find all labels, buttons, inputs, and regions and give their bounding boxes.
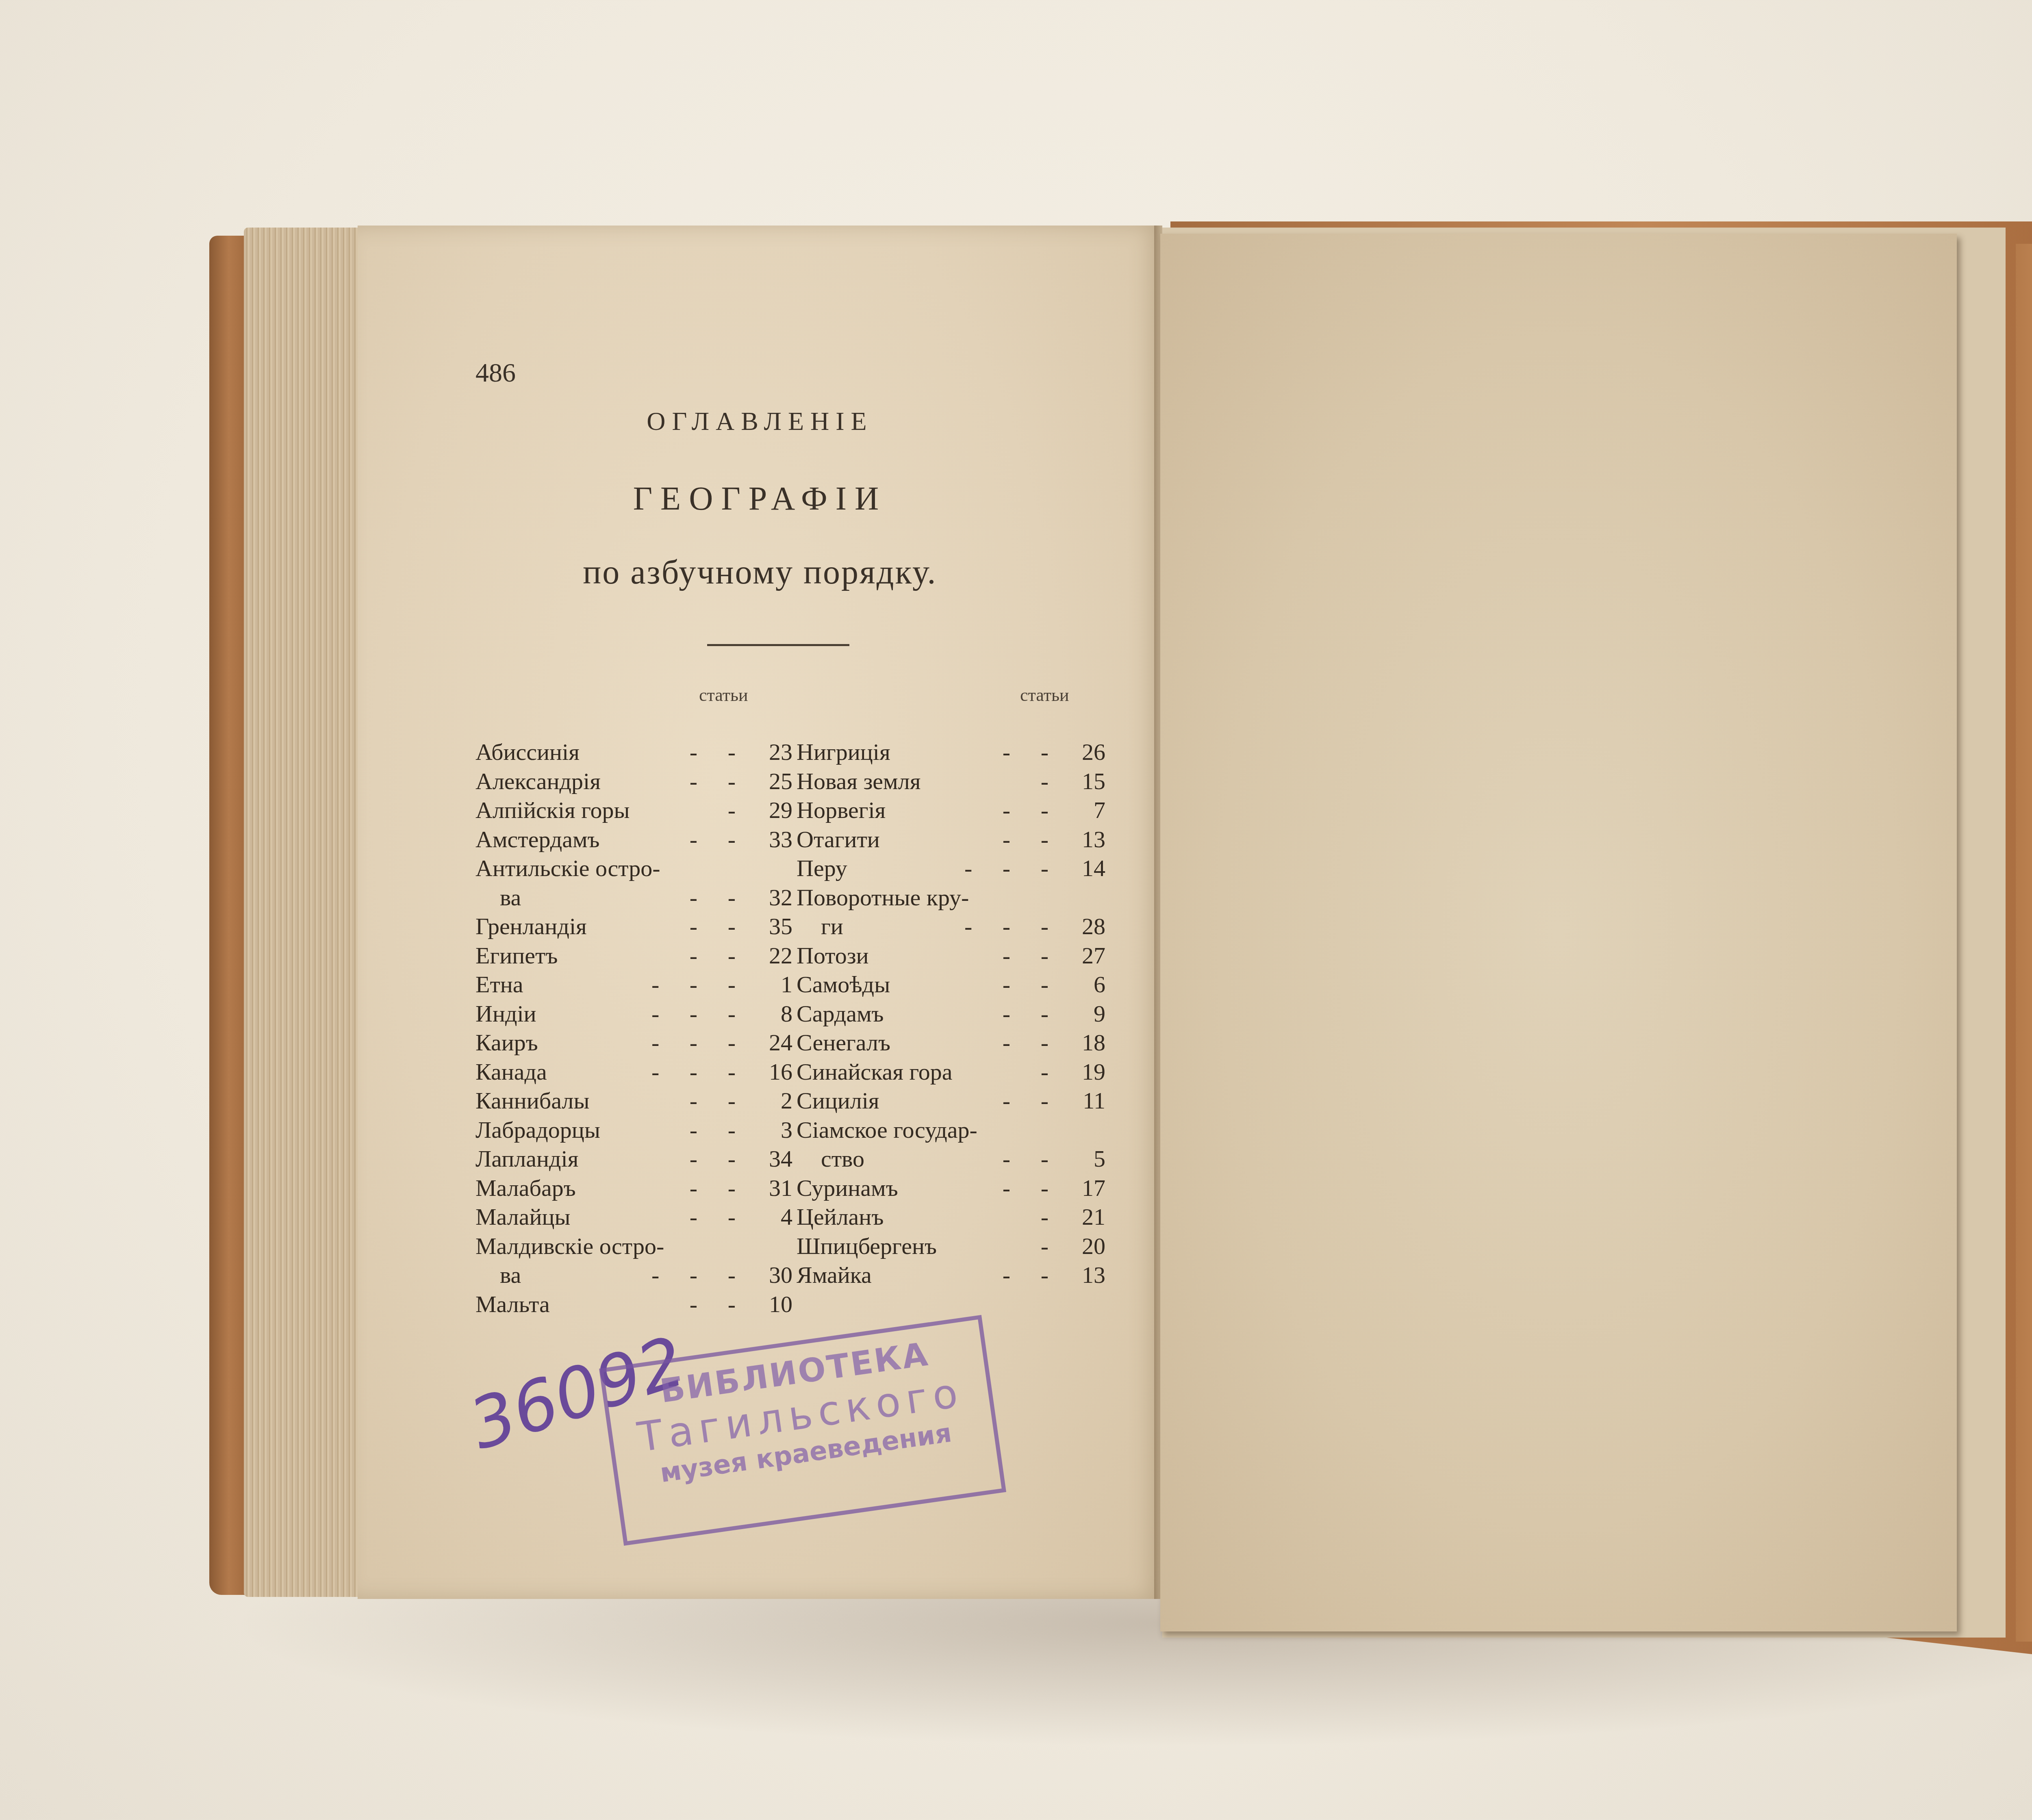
entry-leader-dashes: - - xyxy=(558,941,760,970)
entry-name: Египетъ xyxy=(475,941,558,970)
entry-article-number: 31 xyxy=(760,1174,792,1203)
entry-name: Малайцы xyxy=(475,1202,571,1232)
index-entry: Цейланъ-21 xyxy=(797,1202,1105,1232)
left-page-stack xyxy=(244,228,362,1597)
index-entry: ство- -5 xyxy=(797,1144,1105,1174)
entry-article-number: 27 xyxy=(1073,941,1105,970)
entry-name: Сардамъ xyxy=(797,999,884,1028)
right-cover-edge xyxy=(2016,244,2032,1642)
entry-leader-dashes: - - xyxy=(587,912,760,941)
entry-name: ва xyxy=(475,1260,521,1290)
index-column-right: Нигриція- -26Новая земля-15Норвегія- -7О… xyxy=(797,738,1105,1290)
entry-article-number: 30 xyxy=(760,1260,792,1290)
index-entry: Норвегія- -7 xyxy=(797,796,1105,825)
index-entry: Синайская гора-19 xyxy=(797,1057,1105,1087)
entry-article-number: 6 xyxy=(1073,970,1105,999)
entry-article-number: 34 xyxy=(760,1144,792,1174)
entry-article-number: 20 xyxy=(1073,1232,1105,1261)
entry-article-number: 26 xyxy=(1073,738,1105,767)
entry-name: Перу xyxy=(797,854,847,883)
index-entry: Перу- - -14 xyxy=(797,854,1105,883)
entry-name: Ямайка xyxy=(797,1260,872,1290)
index-entry: Самоѣды- -6 xyxy=(797,970,1105,999)
title-divider xyxy=(707,644,849,646)
entry-name: Нигриція xyxy=(797,738,890,767)
entry-name: Сіамское государ- xyxy=(797,1115,977,1145)
index-entry: Нигриція- -26 xyxy=(797,738,1105,767)
index-entry: Малабаръ- -31 xyxy=(475,1174,792,1203)
entry-name: Мальта xyxy=(475,1290,550,1319)
entry-name: Лапландія xyxy=(475,1144,578,1174)
entry-article-number: 11 xyxy=(1073,1086,1105,1115)
entry-leader-dashes: - - xyxy=(884,999,1073,1028)
entry-name: ги xyxy=(797,912,843,941)
entry-leader-dashes: - - xyxy=(898,1174,1073,1203)
entry-leader-dashes: - - - xyxy=(536,999,760,1028)
entry-name: Каиръ xyxy=(475,1028,538,1057)
index-entry: Потози- -27 xyxy=(797,941,1105,970)
index-entry: Лапландія- -34 xyxy=(475,1144,792,1174)
entry-leader-dashes: - xyxy=(884,1202,1073,1232)
entry-article-number: 16 xyxy=(760,1057,792,1087)
entry-article-number: 13 xyxy=(1073,825,1105,854)
index-entry: Лабрадорцы- -3 xyxy=(475,1115,792,1145)
entry-leader-dashes: - xyxy=(937,1232,1073,1261)
entry-leader-dashes: - - - xyxy=(843,912,1073,941)
entry-name: Канада xyxy=(475,1057,547,1087)
entry-name: Каннибалы xyxy=(475,1086,589,1115)
entry-article-number: 15 xyxy=(1073,767,1105,796)
right-page-blank xyxy=(1160,234,1957,1631)
entry-leader-dashes: - - xyxy=(571,1202,760,1232)
entry-leader-dashes: - - - xyxy=(547,1057,760,1087)
index-entry: Суринамъ- -17 xyxy=(797,1174,1105,1203)
entry-name: Самоѣды xyxy=(797,970,890,999)
index-entry: Поворотные кру- xyxy=(797,883,1105,912)
entry-name: Александрія xyxy=(475,767,601,796)
entry-article-number: 23 xyxy=(760,738,792,767)
entry-name: Поворотные кру- xyxy=(797,883,969,912)
entry-name: ва xyxy=(475,883,521,912)
entry-name: Сенегалъ xyxy=(797,1028,890,1057)
index-entry: Каиръ- - -24 xyxy=(475,1028,792,1057)
entry-article-number: 1 xyxy=(760,970,792,999)
entry-leader-dashes: - - xyxy=(600,825,760,854)
index-entry: Антильскіе остро- xyxy=(475,854,792,883)
entry-name: Сицилія xyxy=(797,1086,879,1115)
entry-leader-dashes: - - xyxy=(890,738,1073,767)
entry-article-number: 33 xyxy=(760,825,792,854)
entry-name: Абиссинія xyxy=(475,738,580,767)
entry-article-number: 24 xyxy=(760,1028,792,1057)
entry-leader-dashes: - - xyxy=(864,1144,1073,1174)
entry-article-number: 17 xyxy=(1073,1174,1105,1203)
entry-article-number: 19 xyxy=(1073,1057,1105,1087)
index-entry: Отагити- -13 xyxy=(797,825,1105,854)
entry-leader-dashes: - xyxy=(920,767,1073,796)
entry-leader-dashes: - - - xyxy=(523,970,760,999)
entry-article-number: 4 xyxy=(760,1202,792,1232)
index-entry: Гренландія- -35 xyxy=(475,912,792,941)
entry-leader-dashes: - - xyxy=(879,1086,1073,1115)
index-entry: Каннибалы- -2 xyxy=(475,1086,792,1115)
entry-name: Гренландія xyxy=(475,912,587,941)
entry-name: Норвегія xyxy=(797,796,886,825)
entry-article-number: 28 xyxy=(1073,912,1105,941)
entry-leader-dashes: - - xyxy=(601,767,760,796)
entry-leader-dashes: - - xyxy=(589,1086,760,1115)
entry-article-number: 9 xyxy=(1073,999,1105,1028)
entry-article-number: 18 xyxy=(1073,1028,1105,1057)
entry-leader-dashes: - xyxy=(953,1057,1073,1087)
index-entry: Алпійскія горы-29 xyxy=(475,796,792,825)
page-subtitle: по азбучному порядку. xyxy=(358,553,1162,592)
entry-article-number: 32 xyxy=(760,883,792,912)
entry-leader-dashes: - - - xyxy=(521,1260,760,1290)
entry-name: Потози xyxy=(797,941,869,970)
index-entry: Сардамъ- -9 xyxy=(797,999,1105,1028)
entry-leader-dashes: - - xyxy=(580,738,760,767)
entry-name: Лабрадорцы xyxy=(475,1115,600,1145)
entry-name: Малабаръ xyxy=(475,1174,576,1203)
index-entry: Малдивскіе остро- xyxy=(475,1232,792,1261)
entry-article-number: 14 xyxy=(1073,854,1105,883)
entry-leader-dashes: - - xyxy=(880,825,1073,854)
entry-name: Индіи xyxy=(475,999,536,1028)
index-entry: Етна- - -1 xyxy=(475,970,792,999)
entry-article-number: 13 xyxy=(1073,1260,1105,1290)
entry-leader-dashes: - - xyxy=(890,970,1073,999)
index-entry: Египетъ- -22 xyxy=(475,941,792,970)
index-entry: Канада- - -16 xyxy=(475,1057,792,1087)
index-entry: Сенегалъ- -18 xyxy=(797,1028,1105,1057)
entry-name: Антильскіе остро- xyxy=(475,854,660,883)
entry-name: Синайская гора xyxy=(797,1057,953,1087)
entry-name: Амстердамъ xyxy=(475,825,600,854)
entry-name: Отагити xyxy=(797,825,880,854)
index-entry: ва- -32 xyxy=(475,883,792,912)
entry-article-number: 3 xyxy=(760,1115,792,1145)
index-entry: Александрія- -25 xyxy=(475,767,792,796)
entry-name: Малдивскіе остро- xyxy=(475,1232,664,1261)
entry-name: Новая земля xyxy=(797,767,920,796)
index-entry: ги- - -28 xyxy=(797,912,1105,941)
entry-name: Етна xyxy=(475,970,523,999)
entry-name: Цейланъ xyxy=(797,1202,884,1232)
index-column-left: Абиссинія- -23Александрія- -25Алпійскія … xyxy=(475,738,792,1319)
column-header-left: статьи xyxy=(699,685,748,705)
page-number: 486 xyxy=(475,358,516,388)
entry-leader-dashes: - - xyxy=(600,1115,760,1145)
entry-leader-dashes: - - xyxy=(578,1144,760,1174)
entry-article-number: 22 xyxy=(760,941,792,970)
index-entry: Новая земля-15 xyxy=(797,767,1105,796)
index-entry: Малайцы- -4 xyxy=(475,1202,792,1232)
entry-name: Алпійскія горы xyxy=(475,796,630,825)
entry-article-number: 2 xyxy=(760,1086,792,1115)
entry-leader-dashes: - - - xyxy=(538,1028,760,1057)
index-entry: Мальта- -10 xyxy=(475,1290,792,1319)
entry-name: ство xyxy=(797,1144,864,1174)
entry-leader-dashes: - - xyxy=(890,1028,1073,1057)
index-entry: ва- - -30 xyxy=(475,1260,792,1290)
index-entry: Ямайка- -13 xyxy=(797,1260,1105,1290)
entry-article-number: 10 xyxy=(760,1290,792,1319)
entry-leader-dashes: - xyxy=(630,796,760,825)
entry-leader-dashes: - - xyxy=(521,883,760,912)
entry-article-number: 21 xyxy=(1073,1202,1105,1232)
index-entry: Сіамское государ- xyxy=(797,1115,1105,1145)
index-entry: Индіи- - -8 xyxy=(475,999,792,1028)
entry-article-number: 25 xyxy=(760,767,792,796)
page-title: ОГЛАВЛЕНІЕ xyxy=(358,406,1162,436)
entry-leader-dashes: - - xyxy=(872,1260,1073,1290)
index-entry: Шпицбергенъ-20 xyxy=(797,1232,1105,1261)
index-entry: Амстердамъ- -33 xyxy=(475,825,792,854)
entry-article-number: 35 xyxy=(760,912,792,941)
entry-article-number: 8 xyxy=(760,999,792,1028)
entry-article-number: 29 xyxy=(760,796,792,825)
index-entry: Абиссинія- -23 xyxy=(475,738,792,767)
entry-article-number: 7 xyxy=(1073,796,1105,825)
entry-name: Шпицбергенъ xyxy=(797,1232,937,1261)
entry-leader-dashes: - - xyxy=(886,796,1073,825)
page-title-subject: ГЕОГРАФІИ xyxy=(358,479,1162,518)
column-header-right: статьи xyxy=(1020,685,1069,705)
entry-leader-dashes: - - xyxy=(869,941,1073,970)
entry-leader-dashes: - - xyxy=(576,1174,760,1203)
index-entry: Сицилія- -11 xyxy=(797,1086,1105,1115)
entry-leader-dashes: - - xyxy=(550,1290,760,1319)
entry-name: Суринамъ xyxy=(797,1174,898,1203)
entry-article-number: 5 xyxy=(1073,1144,1105,1174)
entry-leader-dashes: - - - xyxy=(847,854,1073,883)
